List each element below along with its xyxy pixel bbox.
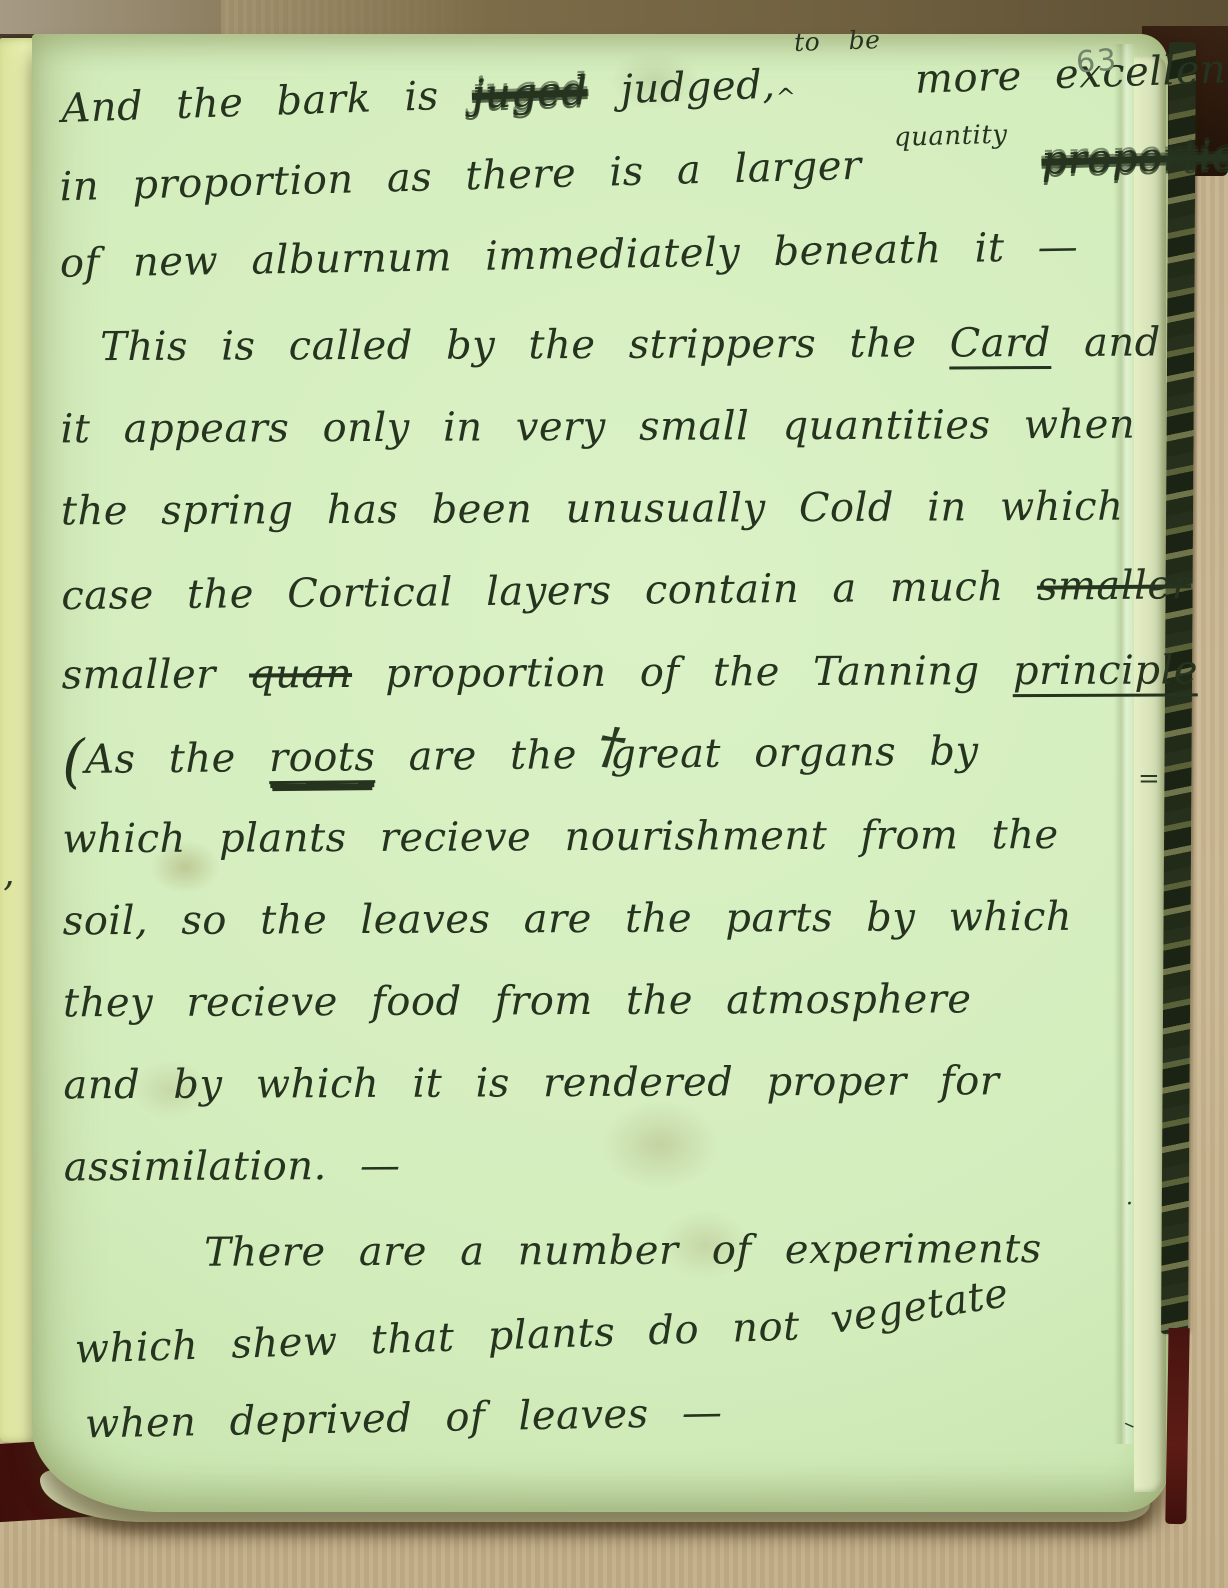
manuscript-text-segment: ( (62, 727, 86, 795)
manuscript-text-segment: proportion (1041, 132, 1228, 184)
manuscript-text-segment (1008, 138, 1042, 185)
manuscript-text-segment: the spring has been unusually Cold in wh… (61, 484, 1124, 535)
manuscript-text-segment: quantity (894, 120, 1008, 153)
manuscript-text-segment: case the Cortical layers contain a much (61, 564, 1037, 619)
manuscript-line: which plants recieve nourishment from th… (62, 794, 1124, 881)
manuscript-line: the spring has been unusually Cold in wh… (61, 466, 1123, 553)
red-cover-edge (1165, 1328, 1189, 1524)
manuscript-text-segment: proportion of the Tanning (352, 648, 1013, 697)
manuscript-text-segment: it appears only in very small quantities… (60, 402, 1135, 453)
manuscript-line: it appears only in very small quantities… (60, 384, 1122, 471)
manuscript-text-segment: As the (85, 735, 269, 783)
manuscript-text-segment: Card (950, 320, 1051, 369)
manuscript-text-segment: smaller (62, 652, 250, 699)
manuscript-text-segment: when deprived of leaves — (85, 1390, 723, 1448)
manuscript-text-segment: judged, (587, 62, 777, 114)
manuscript-line: they recieve food from the atmosphere (63, 958, 1125, 1045)
right-margin-mark: = (1138, 764, 1160, 794)
page-number-pencil: 63 (1075, 43, 1120, 81)
manuscript-text-segment: quan (249, 651, 352, 697)
manuscript-text-segment: which shew that plants do not (74, 1302, 834, 1372)
manuscript-text-segment: smaller (1037, 562, 1192, 609)
manuscript-text-segment: to be (794, 25, 881, 57)
photograph-of-manuscript: { "document": { "type": "handwritten-man… (0, 0, 1228, 1588)
manuscript-text-segment: principle (1013, 647, 1198, 697)
manuscript-text-segment: are the great organs by (375, 728, 979, 780)
manuscript-text-segment: juged (471, 68, 588, 118)
book-top-edge (0, 0, 1228, 36)
left-margin-tick: ’ (2, 874, 14, 918)
manuscript-text-segment: which plants recieve nourishment from th… (62, 812, 1058, 862)
manuscript-line: case the Cortical layers contain a much … (61, 545, 1124, 637)
right-margin-dot: · (1126, 1192, 1133, 1217)
manuscript-text: And the bark is juged judged,^to be more… (59, 48, 1127, 1459)
manuscript-text-segment: This is called by the strippers the (100, 320, 950, 370)
manuscript-text-segment: they recieve food from the atmosphere (63, 976, 972, 1026)
manuscript-line: This is called by the strippers the Card… (60, 302, 1122, 389)
manuscript-line: and by which it is rendered proper for (63, 1040, 1125, 1127)
manuscript-line: soil, so the leaves are the parts by whi… (63, 876, 1125, 963)
manuscript-text-segment: And the bark is (61, 72, 473, 132)
manuscript-text-segment: and by which it is rendered proper for (63, 1058, 999, 1108)
manuscript-text-segment: roots (269, 734, 376, 784)
manuscript-text-segment: of new alburnum immediately beneath it — (60, 224, 1079, 287)
manuscript-text-segment: soil, so the leaves are the parts by whi… (63, 894, 1073, 944)
manuscript-text-segment: and (1051, 320, 1161, 366)
manuscript-text-segment: assimilation. — (64, 1143, 401, 1190)
manuscript-line: of new alburnum immediately beneath it — (59, 205, 1122, 305)
manuscript-text-segment: in proportion as there is a larger (59, 142, 895, 211)
manuscript-line: (As the roots are the great organs by (62, 709, 1125, 801)
manuscript-line: assimilation. — (64, 1122, 1126, 1209)
manuscript-line: smaller quan proportion of the Tanning p… (61, 630, 1123, 717)
manuscript-text-segment: ^ (775, 83, 796, 112)
